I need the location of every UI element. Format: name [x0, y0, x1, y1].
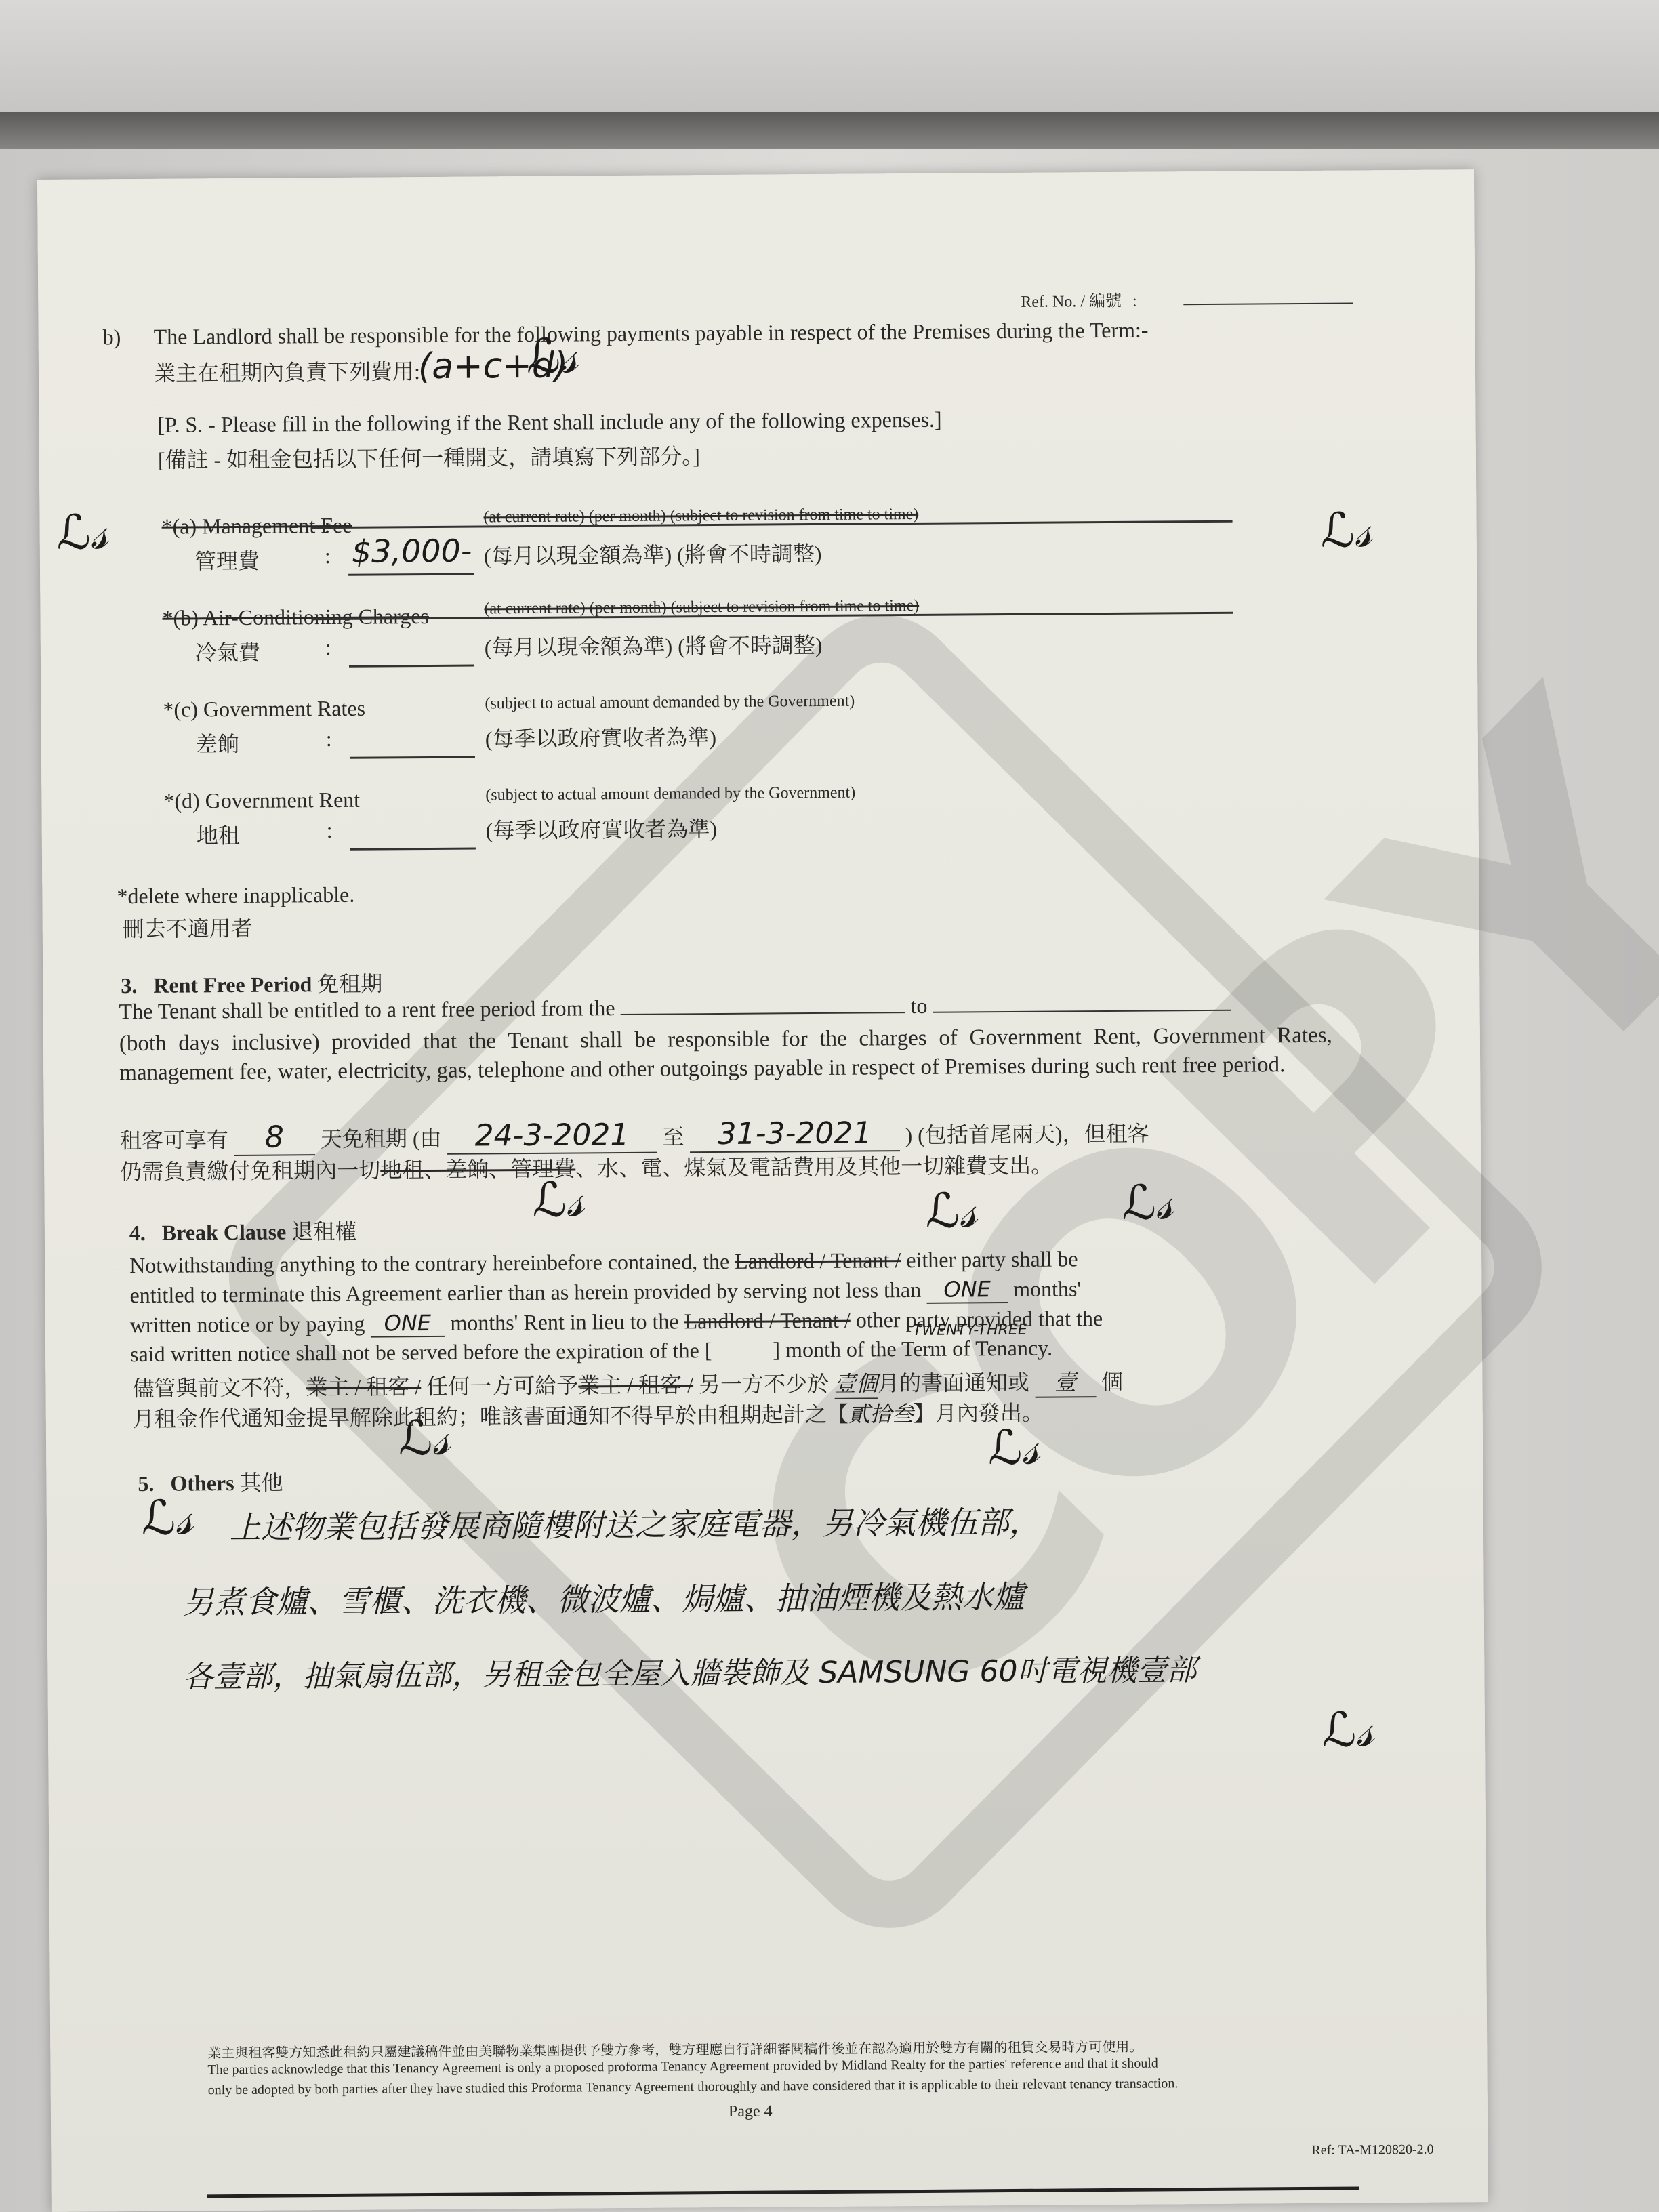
- ref-no-label: Ref. No. / 編號 :: [1021, 287, 1137, 312]
- item-d-note-zh: (每季以政府實收者為準): [486, 812, 718, 844]
- item-b-label-zh: 冷氣費: [195, 636, 260, 668]
- item-c-note-en: (subject to actual amount demanded by th…: [485, 693, 855, 714]
- rent-free-days-value[interactable]: 8: [234, 1120, 315, 1156]
- item-d-field[interactable]: [350, 848, 476, 851]
- background-shelf-edge: [0, 112, 1659, 152]
- colon: :: [326, 726, 332, 752]
- others-line-1: 上述物業包括發展商隨樓附送之家庭電器，另冷氣機伍部，: [230, 1498, 1040, 1548]
- item-c-label-zh: 差餉: [196, 727, 239, 758]
- signature-initials-s4a: ℒ𝓈: [398, 1410, 451, 1467]
- footnote-en: *delete where inapplicable.: [117, 882, 354, 909]
- document-page: COPY Ref. No. / 編號 : b) The Landlord sha…: [37, 169, 1488, 2212]
- item-c-label-en: *(c) Government Rates: [163, 696, 365, 722]
- others-line-3: 各壹部，抽氣扇伍部，另租金包全屋入牆裝飾及 SAMSUNG 60吋電視機壹部: [183, 1645, 1197, 1696]
- zh-month-number-value[interactable]: 貳拾叁: [848, 1401, 914, 1427]
- rent-free-to-date[interactable]: 31-3-2021: [689, 1115, 899, 1153]
- notice-months-value[interactable]: ONE: [926, 1276, 1008, 1304]
- item-a-value[interactable]: $3,000-: [352, 533, 472, 570]
- colon: :: [324, 513, 330, 538]
- colon: :: [326, 787, 332, 813]
- signature-initials-right: ℒ𝓈: [1320, 502, 1372, 559]
- item-b-note-en: (at current rate) (per month) (subject t…: [484, 597, 919, 618]
- rent-free-from-date[interactable]: 24-3-2021: [447, 1118, 657, 1155]
- signature-initials-left: ℒ𝓈: [56, 504, 108, 561]
- page-number: Page 4: [729, 2102, 773, 2121]
- item-a-note-zh: (每月以現金額為準) (將會不時調整): [484, 537, 822, 570]
- form-ref: Ref: TA-M120820-2.0: [1311, 2142, 1433, 2158]
- footnote-zh: 刪去不適用者: [123, 912, 253, 943]
- item-c-field[interactable]: [350, 756, 475, 759]
- item-a-field[interactable]: [348, 573, 474, 576]
- signature-initials-s3a: ℒ𝓈: [532, 1172, 584, 1229]
- background-wall-top: [0, 0, 1659, 115]
- footer-divider: [207, 2186, 1359, 2198]
- colon: :: [325, 635, 331, 660]
- zh-rent-value[interactable]: 壹: [1035, 1365, 1096, 1398]
- rent-free-to-field[interactable]: [933, 996, 1231, 1013]
- item-a-label-zh: 管理費: [194, 544, 260, 576]
- clause-b-text-en: The Landlord shall be responsible for th…: [153, 318, 1148, 350]
- item-a-note-en: (at current rate) (per month) (subject t…: [483, 506, 918, 527]
- clause-b-text-zh: 業主在租期內負責下列費用:: [154, 354, 420, 388]
- footer-disclaimer-en-2: only be adopted by both parties after th…: [208, 2076, 1179, 2098]
- zh-notice-value[interactable]: 壹個: [834, 1366, 878, 1399]
- colon: :: [325, 544, 331, 569]
- item-d-label-zh: 地租: [197, 819, 240, 850]
- ref-no-field[interactable]: [1183, 302, 1353, 305]
- rent-free-from-field[interactable]: [620, 998, 905, 1015]
- item-b-note-zh: (每月以現金額為準) (將會不時調整): [485, 628, 823, 661]
- colon: :: [325, 696, 331, 721]
- ps-en: [P. S. - Please fill in the following if…: [157, 407, 941, 438]
- section-4-zh-line2: 月租金作代通知金提早解除此租約；唯該書面通知不得早於由租期起計之【貳拾叁】月內發…: [133, 1396, 1044, 1433]
- item-c-note-zh: (每季以政府實收者為準): [485, 720, 717, 753]
- item-d-note-en: (subject to actual amount demanded by th…: [485, 784, 855, 805]
- signature-initials-s3c: ℒ𝓈: [1122, 1174, 1174, 1231]
- signature-initials-s3b: ℒ𝓈: [925, 1183, 977, 1240]
- signature-initials-s4b: ℒ𝓈: [988, 1420, 1040, 1477]
- clause-b-marker: b): [102, 325, 121, 350]
- others-line-2: 另煮食爐、雪櫃、洗衣機、微波爐、焗爐、抽油煙機及熱水爐: [182, 1572, 1024, 1623]
- rent-in-lieu-months-value[interactable]: ONE: [370, 1310, 445, 1338]
- signature-initials-s5: ℒ𝓈: [142, 1490, 194, 1547]
- item-b-field[interactable]: [349, 665, 474, 668]
- signature-initials-s5b: ℒ𝓈: [1322, 1702, 1374, 1759]
- signature-initials: ℒ𝓈: [527, 328, 579, 385]
- section-3-heading: 3. Rent Free Period 免租期: [121, 966, 382, 1000]
- section-4-heading: 4. Break Clause 退租權: [129, 1214, 357, 1247]
- colon: :: [327, 818, 333, 843]
- ps-zh: [備註 - 如租金包括以下任何一種開支，請填寫下列部分。]: [158, 439, 700, 474]
- section-3-zh-line2: 仍需負責繳付免租期內一切地租、差餉、管理費、水、電、煤氣及電話費用及其他一切雜費…: [120, 1149, 1052, 1187]
- section-3-body: (both days inclusive) provided that the …: [119, 1021, 1333, 1088]
